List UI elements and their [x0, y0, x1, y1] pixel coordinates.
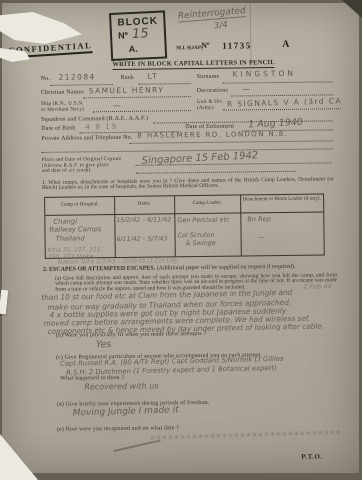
- field-dob-label: Date of Birth: [41, 125, 75, 131]
- field-enlistment-value: 1 Aug 1940: [248, 117, 303, 131]
- rule: [83, 96, 191, 98]
- rule: [93, 110, 191, 112]
- serial-suffix: A: [282, 39, 289, 50]
- table-leader-line: & Swinge: [186, 239, 216, 247]
- question2-heading-bold: 2. ESCAPES OR ATTEMPTED ESCAPES.: [43, 266, 155, 273]
- block-stamp-a: A.: [128, 44, 137, 54]
- question2-heading-rest: (Additional paper will be supplied on re…: [157, 264, 296, 272]
- rule: [42, 148, 334, 153]
- field-enlistment-label: Date of Enlistment: [185, 124, 234, 131]
- serial-number: 11735: [222, 40, 252, 50]
- field-unit-value: R SIGNALS V A (3rd CA: [227, 96, 342, 108]
- field-capture-label-line3: and date of a/c crash).: [42, 167, 92, 174]
- block-number-stamp: BLOCK Nº 15 A.: [109, 10, 167, 61]
- field-rank-label: Rank: [121, 75, 135, 81]
- paper-crease: [250, 2, 252, 66]
- table-dates-line: 15/2/42 – 6/11/42: [116, 216, 171, 224]
- question2b-label: (b) Were you physically fit when you mad…: [56, 331, 206, 339]
- field-surname-value: KINGSTON: [233, 69, 297, 79]
- table-block-leader-line: Bn Rep: [247, 215, 271, 223]
- field-christian-names-value: SAMUEL HENRY: [89, 85, 165, 95]
- reinterrogated-note: Reinterrogated: [178, 6, 247, 23]
- pencil-stroke: [113, 440, 160, 453]
- serial-no-label: Nº: [201, 41, 210, 50]
- question2c-sub-label: What happened to them ?: [60, 375, 124, 382]
- question2e-label: (e) How were you recaptured and on what …: [57, 425, 179, 432]
- table-note-below: Nakom Nike 1/7/43 – 20/9/45 Lt Col Lilly: [58, 257, 178, 265]
- field-dob-value: 4 8 19: [85, 122, 117, 131]
- field-decorations-label: Decorations: [197, 88, 228, 94]
- rule: [136, 171, 296, 174]
- field-address-label: Private Address and Telephone No.: [41, 135, 132, 142]
- field-ship-label-line2: or Merchant Navy): [41, 106, 84, 113]
- field-address-value: 8 HASLEMERE RD. LONDON N.8.: [137, 130, 288, 140]
- field-surname-label: Surname: [197, 74, 220, 80]
- document-paper: CONFIDENTIAL BLOCK Nº 15 A. M.I. 9(JAP) …: [2, 3, 359, 473]
- rule: [223, 81, 333, 83]
- faint-pencil-scrawl: [151, 431, 343, 440]
- table-block-leader-line: —: [258, 233, 265, 241]
- question2d-answer: Moving Jungle I made it: [73, 405, 179, 418]
- field-rank-value: LT: [148, 71, 159, 80]
- table-col-divider: [240, 195, 242, 255]
- rule: [153, 120, 333, 123]
- field-unit-label-line2: (Army): [197, 105, 214, 111]
- form-content: CONFIDENTIAL BLOCK Nº 15 A. M.I. 9(JAP) …: [0, 1, 362, 475]
- table-dates-line: 6/11/42 – 5/7/43: [117, 235, 168, 243]
- table-camp-line: Thailand: [56, 234, 85, 242]
- question2c-sub-answer: Recovered with us: [84, 382, 158, 392]
- table-header-camp: Camp or Hospital.: [45, 202, 114, 208]
- rule: [129, 140, 333, 143]
- rule: [139, 83, 191, 85]
- field-no-value: 212084: [59, 72, 96, 81]
- pto-footer: P.T.O.: [301, 453, 323, 461]
- table-leader-line: Gen Percival etc: [177, 216, 229, 225]
- question2b-answer: Yes: [96, 339, 112, 350]
- rule: [223, 108, 341, 110]
- table-header-leader: Camp Leader.: [174, 200, 240, 206]
- field-decorations-value: —: [243, 84, 252, 93]
- block-number-handwritten: 15: [132, 26, 149, 42]
- block-stamp-no-prefix: Nº: [118, 30, 128, 40]
- question2a-margin-note: 2 Feb 44: [303, 282, 332, 290]
- camps-table: Camp or Hospital. Dates. Camp Leader. De…: [44, 193, 325, 258]
- photo-background: CONFIDENTIAL BLOCK Nº 15 A. M.I. 9(JAP) …: [0, 0, 362, 480]
- question1-text: 1. What camps, detachments or hospitals …: [42, 177, 334, 191]
- table-camp-line: Railway Camps: [49, 225, 101, 234]
- field-no-label: No.: [41, 76, 51, 82]
- mi9-reference: M.I. 9(JAP): [176, 45, 202, 51]
- field-ship-value: —: [113, 101, 122, 110]
- table-header-dates: Dates.: [114, 201, 174, 207]
- field-christian-names-label: Christian Names: [41, 89, 84, 96]
- table-header-block-leader: Detachment or Block Leader (if any).: [242, 197, 321, 204]
- reinterrogated-fraction: 3/4: [213, 20, 228, 32]
